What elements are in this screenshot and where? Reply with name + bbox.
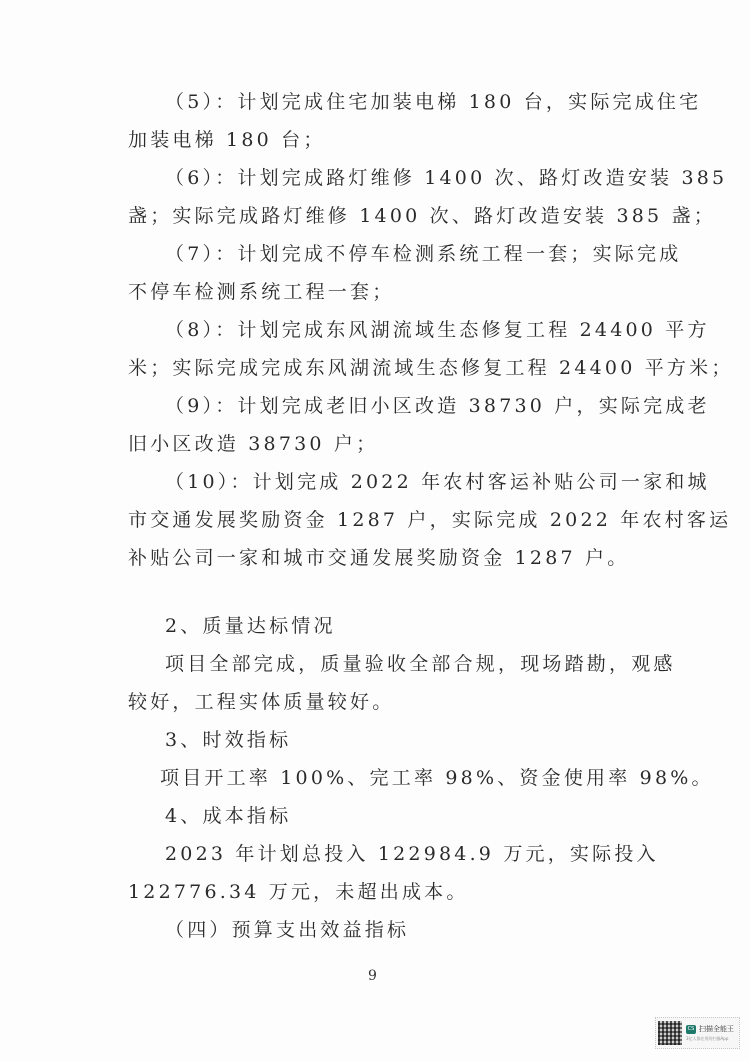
camscanner-logo-icon: CS (686, 1025, 696, 1034)
qr-code-icon (658, 1021, 682, 1045)
text-line: 市交通发展奖励资金 1287 户，实际完成 2022 年农村客运 (128, 508, 731, 532)
text-line: 米；实际完成完成东风湖流域生态修复工程 24400 平方米； (128, 356, 734, 380)
text-line: 旧小区改造 38730 户； (128, 432, 378, 456)
text-line: 2、质量达标情况 (165, 614, 336, 638)
document-page: （5）：计划完成住宅加装电梯 180 台，实际完成住宅加装电梯 180 台；（6… (0, 0, 750, 1061)
text-line: 项目全部完成，质量验收全部合规，现场踏勘，观感 (165, 652, 676, 676)
text-line: （8）：计划完成东风湖流域生态修复工程 24400 平方 (165, 318, 710, 342)
text-line: 盏；实际完成路灯维修 1400 次、路灯改造安装 385 盏； (128, 204, 716, 228)
text-line: 122776.34 万元，未超出成本。 (128, 880, 469, 904)
text-line: 补贴公司一家和城市交通发展奖励资金 1287 户。 (128, 546, 629, 570)
watermark-app-name: 扫描全能王 (699, 1024, 734, 1034)
page-number: 9 (368, 968, 377, 984)
text-line: 加装电梯 180 台； (128, 128, 326, 152)
text-line: （6）：计划完成路灯维修 1400 次、路灯改造安装 385 (165, 166, 727, 190)
text-line: 较好，工程实体质量较好。 (128, 690, 394, 714)
text-line: （10）：计划完成 2022 年农村客运补贴公司一家和城 (165, 470, 710, 494)
text-line: 2023 年计划总投入 122984.9 万元，实际投入 (165, 842, 659, 866)
text-line: （5）：计划完成住宅加装电梯 180 台，实际完成住宅 (165, 90, 701, 114)
text-line: 3、时效指标 (165, 728, 291, 752)
text-line: 4、成本指标 (165, 804, 291, 828)
text-line: （9）：计划完成老旧小区改造 38730 户，实际完成老 (165, 394, 710, 418)
watermark-tagline: 3亿人都在用的扫描App (686, 1036, 734, 1042)
text-line: （7）：计划完成不停车检测系统工程一套；实际完成 (165, 242, 681, 266)
text-line: 项目开工率 100%、完工率 98%、资金使用率 98%。 (160, 766, 714, 790)
scanner-watermark: CS 扫描全能王 3亿人都在用的扫描App (655, 1017, 740, 1049)
text-line: （四）预算支出效益指标 (165, 918, 409, 942)
text-line: 不停车检测系统工程一套； (128, 280, 394, 304)
